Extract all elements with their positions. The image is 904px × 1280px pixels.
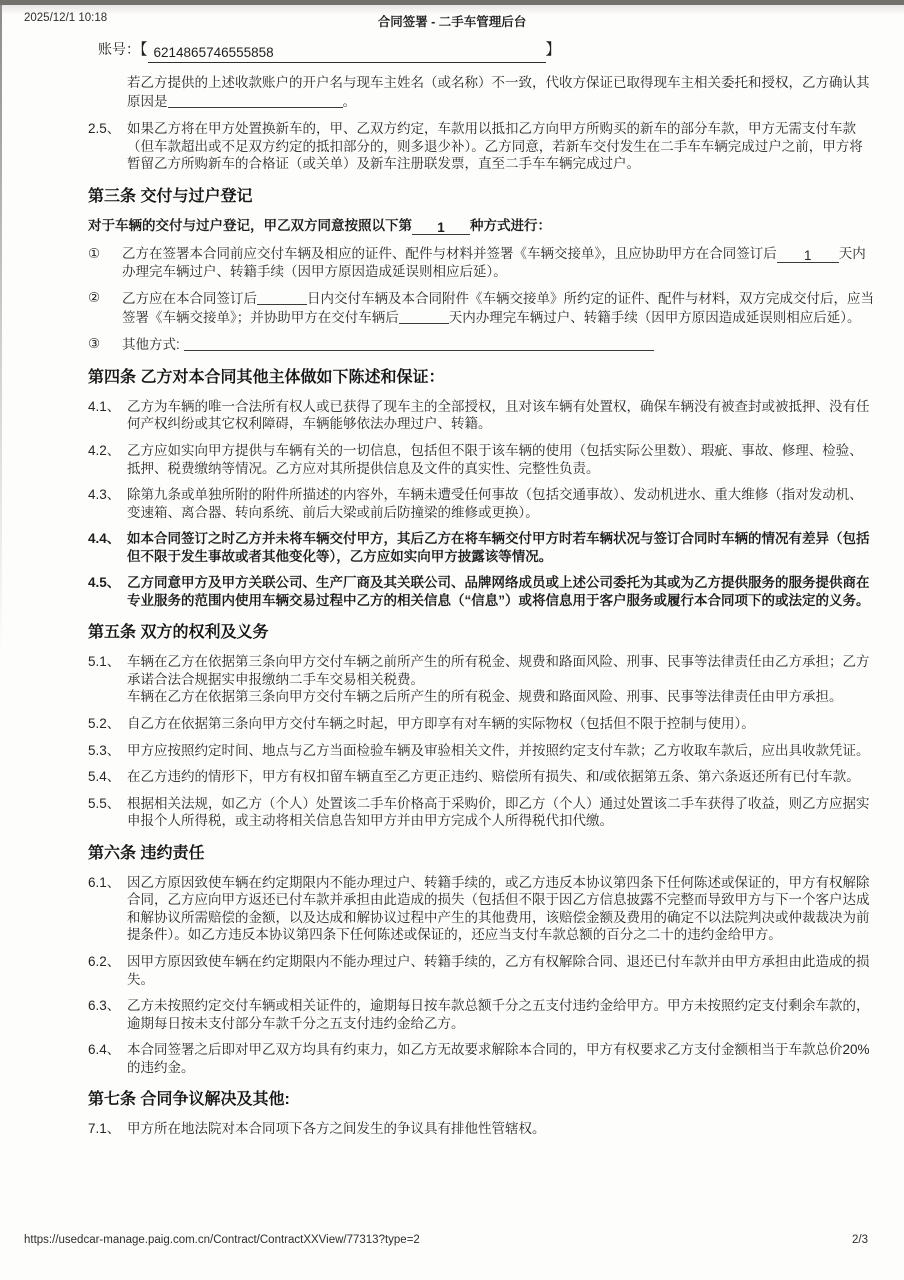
clause-text: 自乙方在依据第三条向甲方交付车辆之时起，甲方即享有对车辆的实际物权（包括但不限于… bbox=[127, 715, 876, 733]
clause-text: 如本合同签订之时乙方并未将车辆交付甲方，其后乙方在将车辆交付甲方时若车辆状况与签… bbox=[127, 530, 876, 565]
clause-5-4: 5.4、 在乙方违约的情形下，甲方有权扣留车辆直至乙方更正违约、赔偿所有损失、和… bbox=[88, 768, 876, 786]
clause-text: 乙方未按照约定交付车辆或相关证件的，逾期每日按车款总额千分之五支付违约金给甲方。… bbox=[127, 997, 876, 1032]
section-3-intro: 对于车辆的交付与过户登记，甲乙双方同意按照以下第1种方式进行： bbox=[88, 217, 876, 235]
section-3-heading: 第三条 交付与过户登记 bbox=[88, 187, 876, 207]
clause-text: 根据相关法规，如乙方（个人）处置该二手车价格高于采购价，即乙方（个人）通过处置该… bbox=[127, 795, 876, 830]
clause-number: 5.5、 bbox=[88, 795, 127, 830]
clause-text: 因乙方原因致使车辆在约定期限内不能办理过户、转籍手续的，或乙方违反本协议第四条下… bbox=[127, 874, 876, 944]
clause-number: 5.1、 bbox=[88, 653, 127, 706]
clause-number: 4.1、 bbox=[88, 398, 127, 433]
clause-2-5: 2.5、 如果乙方将在甲方处置换新车的，甲、乙双方约定，车款用以抵扣乙方向甲方所… bbox=[88, 120, 876, 173]
clause-4-1: 4.1、 乙方为车辆的唯一合法所有权人或已获得了现车主的全部授权，且对该车辆有处… bbox=[88, 398, 876, 433]
days-blank-field bbox=[257, 289, 307, 305]
delivery-option-2: ② 乙方应在本合同签订后日内交付车辆及本合同附件《车辆交接单》所约定的证件、配件… bbox=[88, 289, 876, 326]
clause-number: 4.2、 bbox=[88, 442, 127, 477]
clause-6-2: 6.2、 因甲方原因致使车辆在约定期限内不能办理过户、转籍手续的，乙方有权解除合… bbox=[88, 953, 876, 988]
payee-mismatch-paragraph: 若乙方提供的上述收款账户的开户名与现车主姓名（或名称）不一致，代收方保证已取得现… bbox=[127, 74, 876, 110]
section-4-heading: 第四条 乙方对本合同其他主体做如下陈述和保证： bbox=[88, 368, 876, 388]
clause-text: 在乙方违约的情形下，甲方有权扣留车辆直至乙方更正违约、赔偿所有损失、和/或依据第… bbox=[127, 768, 876, 786]
clause-text: 因甲方原因致使车辆在约定期限内不能办理过户、转籍手续的，乙方有权解除合同、退还已… bbox=[127, 953, 876, 988]
page-title: 合同签署 - 二手车管理后台 bbox=[0, 12, 904, 30]
delivery-option-1: ① 乙方在签署本合同前应交付车辆及相应的证件、配件与材料并签署《车辆交接单》，且… bbox=[88, 245, 876, 281]
days-field: 1 bbox=[777, 247, 839, 263]
clause-7-1: 7.1、 甲方所在地法院对本合同项下各方之间发生的争议具有排他性管辖权。 bbox=[88, 1120, 876, 1138]
clause-5-1: 5.1、 车辆在乙方在依据第三条向甲方交付车辆之前所产生的所有税金、规费和路面风… bbox=[88, 653, 876, 706]
clause-number: 4.3、 bbox=[88, 486, 127, 521]
clause-number: 6.2、 bbox=[88, 953, 127, 988]
clause-number: 5.3、 bbox=[88, 742, 127, 760]
section-7-heading: 第七条 合同争议解决及其他: bbox=[88, 1090, 876, 1110]
paragraph-text: 。 bbox=[343, 94, 357, 109]
page-number: 2/3 bbox=[852, 1234, 868, 1246]
other-method-blank-field bbox=[184, 335, 654, 351]
clause-4-5: 4.5、 乙方同意甲方及甲方关联公司、生产厂商及其关联公司、品牌网络成员或上述公… bbox=[88, 574, 876, 609]
option-text: 其他方式: bbox=[122, 335, 876, 354]
footer-url: https://usedcar-manage.paig.com.cn/Contr… bbox=[24, 1234, 420, 1246]
option-text-part: 其他方式: bbox=[122, 337, 180, 352]
clause-5-3: 5.3、 甲方应按照约定时间、地点与乙方当面检验车辆及审验相关文件，并按照约定支… bbox=[88, 742, 876, 760]
circled-number-2: ② bbox=[88, 289, 122, 326]
clause-number: 6.4、 bbox=[88, 1041, 127, 1076]
clause-text: 除第九条或单独所附的附件所描述的内容外，车辆未遭受任何事故（包括交通事故）、发动… bbox=[127, 486, 876, 521]
intro-text: 对于车辆的交付与过户登记，甲乙双方同意按照以下第 bbox=[88, 218, 412, 233]
clause-number: 4.4、 bbox=[88, 530, 127, 565]
clause-4-2: 4.2、 乙方应如实向甲方提供与车辆有关的一切信息，包括但不限于该车辆的使用（包… bbox=[88, 442, 876, 477]
clause-text-line: 车辆在乙方在依据第三条向甲方交付车辆之前所产生的所有税金、规费和路面风险、刑事、… bbox=[127, 653, 876, 688]
clause-number: 2.5、 bbox=[88, 120, 127, 173]
clause-4-4: 4.4、 如本合同签订之时乙方并未将车辆交付甲方，其后乙方在将车辆交付甲方时若车… bbox=[88, 530, 876, 565]
clause-6-1: 6.1、 因乙方原因致使车辆在约定期限内不能办理过户、转籍手续的，或乙方违反本协… bbox=[88, 874, 876, 944]
delivery-option-3: ③ 其他方式: bbox=[88, 335, 876, 354]
clause-number: 4.5、 bbox=[88, 574, 127, 609]
intro-text: 种方式进行： bbox=[470, 218, 551, 233]
clause-text: 甲方应按照约定时间、地点与乙方当面检验车辆及审验相关文件，并按照约定支付车款；乙… bbox=[127, 742, 876, 760]
clause-number: 5.4、 bbox=[88, 768, 127, 786]
account-number-line: 账号：【6214865746555858】 bbox=[98, 38, 561, 63]
clause-5-5: 5.5、 根据相关法规，如乙方（个人）处置该二手车价格高于采购价，即乙方（个人）… bbox=[88, 795, 876, 830]
clause-text: 乙方为车辆的唯一合法所有权人或已获得了现车主的全部授权，且对该车辆有处置权，确保… bbox=[127, 398, 876, 433]
account-open-bracket: 【 bbox=[140, 41, 148, 58]
option-text-part: 天内办理完车辆过户、转籍手续（因甲方原因造成延误则相应后延）。 bbox=[449, 310, 861, 325]
clause-number: 6.3、 bbox=[88, 997, 127, 1032]
scan-left-edge-artifact bbox=[0, 5, 2, 655]
days-blank-field bbox=[399, 308, 449, 324]
clause-text: 甲方所在地法院对本合同项下各方之间发生的争议具有排他性管辖权。 bbox=[127, 1120, 876, 1138]
contract-body: 若乙方提供的上述收款账户的开户名与现车主姓名（或名称）不一致，代收方保证已取得现… bbox=[88, 74, 876, 1147]
option-text: 乙方在签署本合同前应交付车辆及相应的证件、配件与材料并签署《车辆交接单》，且应协… bbox=[122, 245, 876, 281]
option-text-part: 乙方在签署本合同前应交付车辆及相应的证件、配件与材料并签署《车辆交接单》，且应协… bbox=[122, 246, 777, 261]
section-5-heading: 第五条 双方的权利及义务 bbox=[88, 623, 876, 643]
section-6-heading: 第六条 违约责任 bbox=[88, 844, 876, 864]
clause-6-3: 6.3、 乙方未按照约定交付车辆或相关证件的，逾期每日按车款总额千分之五支付违约… bbox=[88, 997, 876, 1032]
clause-number: 6.1、 bbox=[88, 874, 127, 944]
clause-number: 7.1、 bbox=[88, 1120, 127, 1138]
option-text: 乙方应在本合同签订后日内交付车辆及本合同附件《车辆交接单》所约定的证件、配件与材… bbox=[122, 289, 876, 326]
circled-number-1: ① bbox=[88, 245, 122, 281]
clause-6-4: 6.4、 本合同签署之后即对甲乙双方均具有约束力，如乙方无故要求解除本合同的，甲… bbox=[88, 1041, 876, 1076]
clause-text: 如果乙方将在甲方处置换新车的，甲、乙双方约定，车款用以抵扣乙方向甲方所购买的新车… bbox=[127, 120, 876, 173]
clause-text: 本合同签署之后即对甲乙双方均具有约束力，如乙方无故要求解除本合同的，甲方有权要求… bbox=[127, 1041, 876, 1076]
account-label: 账号： bbox=[98, 41, 140, 57]
reason-blank-field bbox=[168, 92, 343, 108]
circled-number-3: ③ bbox=[88, 335, 122, 354]
clause-text: 乙方应如实向甲方提供与车辆有关的一切信息，包括但不限于该车辆的使用（包括实际公里… bbox=[127, 442, 876, 477]
clause-text: 乙方同意甲方及甲方关联公司、生产厂商及其关联公司、品牌网络成员或上述公司委托为其… bbox=[127, 574, 876, 609]
clause-5-2: 5.2、 自乙方在依据第三条向甲方交付车辆之时起，甲方即享有对车辆的实际物权（包… bbox=[88, 715, 876, 733]
method-number-field: 1 bbox=[412, 219, 470, 235]
option-text-part: 乙方应在本合同签订后 bbox=[122, 291, 257, 306]
clause-text: 车辆在乙方在依据第三条向甲方交付车辆之前所产生的所有税金、规费和路面风险、刑事、… bbox=[127, 653, 876, 706]
print-header: 2025/12/1 10:18 合同签署 - 二手车管理后台 bbox=[0, 12, 904, 32]
clause-4-3: 4.3、 除第九条或单独所附的附件所描述的内容外，车辆未遭受任何事故（包括交通事… bbox=[88, 486, 876, 521]
print-footer: https://usedcar-manage.paig.com.cn/Contr… bbox=[0, 1234, 904, 1252]
account-close-bracket: 】 bbox=[546, 41, 561, 58]
clause-text-line: 车辆在乙方在依据第三条向甲方交付车辆之后所产生的所有税金、规费和路面风险、刑事、… bbox=[127, 688, 876, 706]
clause-number: 5.2、 bbox=[88, 715, 127, 733]
account-number-field: 6214865746555858 bbox=[148, 45, 546, 63]
